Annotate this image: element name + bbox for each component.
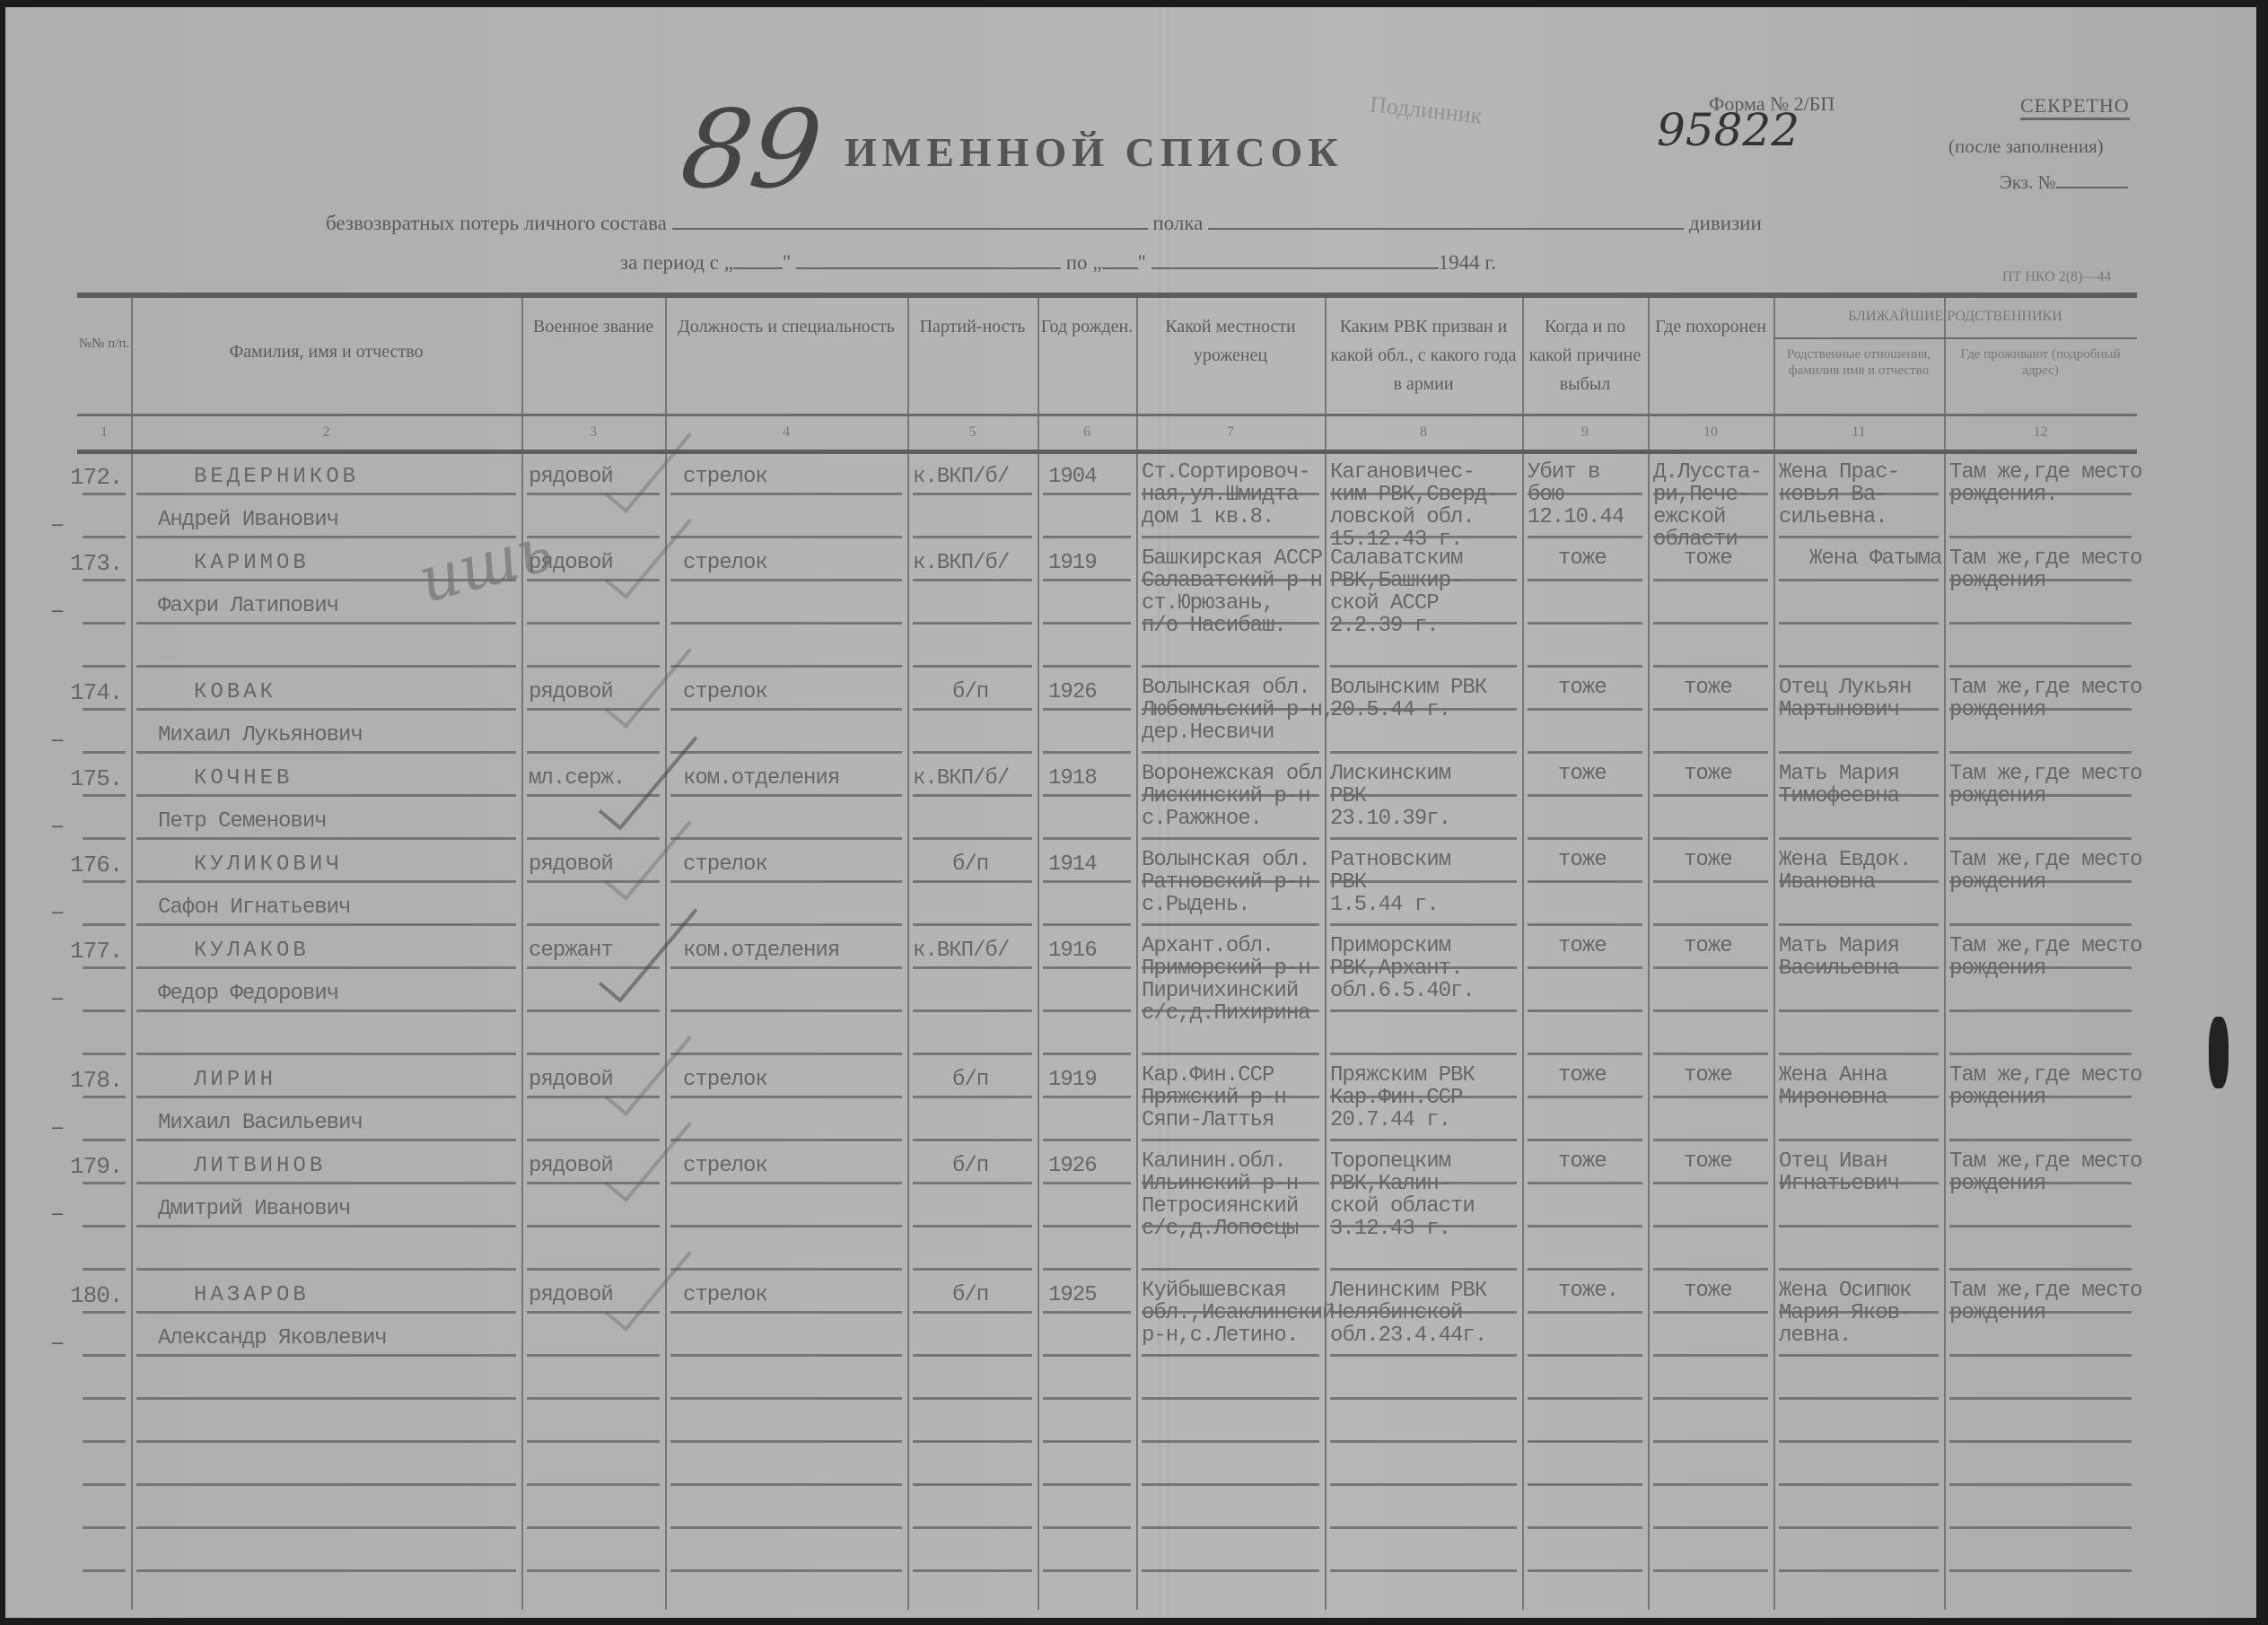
- ruled-line: [83, 1225, 126, 1227]
- when-why-left-line: тоже: [1558, 678, 1607, 698]
- ink-blot: [2209, 1017, 2229, 1088]
- ruled-line: [1043, 1354, 1131, 1357]
- position: стрелок: [683, 1157, 767, 1176]
- conscription-office-line: 23.10.39г.: [1330, 809, 1450, 829]
- relative-address-line: Там же,где место: [1949, 764, 2141, 784]
- birthplace-line: Ратновский р-н: [1142, 873, 1310, 893]
- ruled-line: [1779, 837, 1939, 840]
- copy-number-label: Экз. №: [2000, 171, 2056, 193]
- relative-line: Мироновна: [1779, 1088, 1887, 1108]
- ruled-line: [1330, 665, 1517, 668]
- ruled-line: [913, 751, 1032, 754]
- relative-address-line: рождения: [1949, 701, 2045, 721]
- conscription-office-line: обл.23.4.44г.: [1330, 1326, 1486, 1346]
- ruled-line: [1528, 622, 1642, 625]
- ruled-line: [913, 1053, 1032, 1055]
- ruled-line: [83, 1139, 126, 1141]
- ruled-line: [1653, 794, 1768, 797]
- conscription-office-line: Кар.Фин.ССР: [1330, 1088, 1462, 1108]
- ruled-line: [527, 1225, 660, 1227]
- given-name-patronymic: Михаил Лукьянович: [158, 726, 363, 746]
- relative-line: Отец Лукьян: [1779, 678, 1911, 698]
- column-header-9: Когда и по какой причине выбыл: [1522, 312, 1648, 398]
- margin-tick: ‒: [52, 1115, 63, 1139]
- ruled-line: [913, 579, 1032, 581]
- conscription-office-line: РВК: [1330, 787, 1366, 807]
- ruled-line: [670, 622, 902, 625]
- birthplace-line: Любомльский р-н,: [1142, 701, 1334, 721]
- ruled-line: [83, 708, 126, 711]
- ruled-line: [1142, 837, 1319, 840]
- ruled-line: [1043, 1526, 1131, 1529]
- relative-line: Мать Мария: [1779, 937, 1899, 957]
- print-code: ПТ НКО 2(8)—44: [2002, 269, 2111, 285]
- ruled-line: [1528, 1182, 1642, 1184]
- ruled-line: [913, 1569, 1032, 1572]
- document-page: 89 ИМЕННОЙ СПИСОК Подлинник Форма № 2/БП…: [5, 7, 2256, 1618]
- column-header-10: Где похоронен: [1648, 312, 1773, 341]
- ruled-line: [1043, 1053, 1131, 1055]
- relative-line: Мартынович: [1779, 701, 1899, 721]
- column-number-6: 6: [1038, 424, 1136, 441]
- birthplace-line: обл.,Исаклинский: [1142, 1304, 1334, 1324]
- ruled-line: [1653, 1268, 1768, 1271]
- ruled-line: [1043, 1397, 1131, 1400]
- party-membership: к.ВКП/б/: [913, 467, 1009, 487]
- birthplace-line: Волынская обл.: [1142, 851, 1310, 870]
- period-prefix: за период с „: [620, 251, 733, 274]
- ruled-line: [1653, 622, 1768, 625]
- birthplace-line: Сяпи-Латтья: [1142, 1111, 1274, 1131]
- ruled-line: [1043, 1569, 1131, 1572]
- ruled-line: [136, 536, 516, 538]
- ruled-line: [83, 579, 126, 581]
- ruled-line: [83, 665, 126, 668]
- relative-line: Ивановна: [1779, 873, 1875, 893]
- ruled-line: [670, 493, 902, 495]
- birthplace-line: с/с,д.Пихирина: [1142, 1004, 1310, 1024]
- ruled-line: [1949, 1053, 2132, 1055]
- ruled-line: [670, 1397, 902, 1400]
- ruled-line: [1043, 751, 1131, 754]
- row-number: 179.: [70, 1157, 122, 1176]
- relative-line: сильевна.: [1779, 508, 1887, 528]
- birth-year: 1919: [1048, 554, 1097, 573]
- relative-address-line: Там же,где место: [1949, 1281, 2141, 1301]
- column-divider: [1944, 298, 1946, 1610]
- ruled-line: [1142, 1053, 1319, 1055]
- ruled-line: [1142, 1483, 1319, 1486]
- birthplace-line: Приморский р-н: [1142, 959, 1310, 979]
- ruled-line: [1653, 1225, 1768, 1227]
- ruled-line: [83, 751, 126, 754]
- ruled-line: [136, 1397, 516, 1400]
- ruled-line: [1653, 708, 1768, 711]
- relative-address-line: рождения: [1949, 959, 2045, 979]
- birthplace-line: Салаватский р-н: [1142, 572, 1322, 591]
- relative-line: Жена Анна: [1779, 1066, 1887, 1086]
- conscription-office-line: Челябинской: [1330, 1304, 1462, 1324]
- ruled-line: [1330, 1440, 1517, 1443]
- birthplace-line: Петросиянский: [1142, 1197, 1298, 1217]
- party-membership: к.ВКП/б/: [913, 769, 1009, 789]
- column-number-rule: [77, 450, 2137, 454]
- given-name-patronymic: Андрей Иванович: [158, 511, 338, 530]
- ruled-line: [527, 1397, 660, 1400]
- relative-address-line: рождения: [1949, 787, 2045, 807]
- ruled-line: [670, 536, 902, 538]
- when-why-left-line: тоже: [1558, 1066, 1607, 1086]
- ruled-line: [670, 837, 902, 840]
- ruled-line: [670, 1009, 902, 1012]
- ruled-line: [1779, 1569, 1939, 1572]
- period-line: за период с „" по „" 1944 г.: [620, 251, 1496, 275]
- ruled-line: [136, 1311, 516, 1314]
- ruled-line: [1949, 1483, 2132, 1486]
- when-why-left-line: тоже: [1558, 549, 1607, 569]
- ruled-line: [1779, 579, 1939, 581]
- relative-address-line: рождения: [1949, 1088, 2045, 1108]
- row-number: 173.: [70, 554, 122, 573]
- margin-tick: ‒: [52, 900, 63, 923]
- conscription-office-line: Пряжским РВК: [1330, 1066, 1475, 1086]
- row-number: 175.: [70, 769, 122, 789]
- birth-year: 1925: [1048, 1286, 1097, 1306]
- conscription-office-line: РВК,Башкир-: [1330, 572, 1462, 591]
- ruled-line: [1949, 1569, 2132, 1572]
- birthplace-line: п/о Насибаш.: [1142, 616, 1286, 636]
- birthplace-line: Куйбышевская: [1142, 1281, 1286, 1301]
- birthplace-line: Архант.обл.: [1142, 937, 1274, 957]
- birthplace-line: с.Рыдень.: [1142, 895, 1250, 915]
- ruled-line: [136, 579, 516, 581]
- relatives-group-rule: [1773, 337, 2137, 339]
- ruled-line: [1949, 665, 2132, 668]
- ruled-line: [1949, 1397, 2132, 1400]
- party-membership: б/п: [952, 1157, 988, 1176]
- ruled-line: [1142, 923, 1319, 926]
- ruled-line: [913, 1139, 1032, 1141]
- burial-place-line: тоже: [1684, 1281, 1732, 1301]
- birthplace-line: Пряжский р-н: [1142, 1088, 1286, 1108]
- column-header-8: Каким РВК призван и какой обл., с какого…: [1325, 312, 1522, 398]
- margin-tick: ‒: [52, 728, 63, 751]
- military-rank: рядовой: [529, 1286, 613, 1306]
- relative-line: левна.: [1779, 1326, 1851, 1346]
- party-membership: к.ВКП/б/: [913, 554, 1009, 573]
- ruled-line: [1779, 1483, 1939, 1486]
- ruled-line: [1142, 1569, 1319, 1572]
- row-number: 174.: [70, 683, 122, 703]
- burial-place-line: ри,Пече-: [1653, 485, 1749, 505]
- given-name-patronymic: Фахри Латипович: [158, 597, 338, 616]
- ruled-line: [670, 1225, 902, 1227]
- ruled-line: [83, 1397, 126, 1400]
- ruled-line: [913, 1009, 1032, 1012]
- ruled-line: [1043, 1483, 1131, 1486]
- ruled-line: [1779, 923, 1939, 926]
- margin-tick: ‒: [52, 598, 63, 622]
- relative-line: Тимофеевна: [1779, 787, 1899, 807]
- relative-line: Мария Яков-: [1779, 1304, 1911, 1324]
- ruled-line: [670, 1440, 902, 1443]
- birthplace-line: Калинин.обл.: [1142, 1152, 1286, 1172]
- birthplace-line: Воронежская обл: [1142, 764, 1322, 784]
- ruled-line: [136, 1483, 516, 1486]
- ruled-line: [913, 708, 1032, 711]
- ruled-line: [136, 1096, 516, 1098]
- conscription-office-line: Салаватским: [1330, 549, 1462, 569]
- sheet-number-handwritten: 89: [674, 88, 828, 213]
- ruled-line: [83, 966, 126, 969]
- ruled-line: [83, 1483, 126, 1486]
- column-divider: [1522, 298, 1524, 1610]
- ruled-line: [1949, 536, 2132, 538]
- column-header-6: Год рожден.: [1038, 312, 1136, 341]
- burial-place-line: ежской: [1653, 508, 1725, 528]
- classification-note: (после заполнения): [1948, 135, 2104, 158]
- ruled-line: [1528, 1311, 1642, 1314]
- conscription-office-line: ким РВК,Сверд-: [1330, 485, 1499, 505]
- position: ком.отделения: [683, 941, 839, 961]
- column-header-11: Родственные отношения, фамилия имя и отч…: [1773, 346, 1944, 379]
- ruled-line: [1653, 751, 1768, 754]
- ruled-line: [1142, 1354, 1319, 1357]
- ruled-line: [83, 794, 126, 797]
- ruled-line: [1043, 1182, 1131, 1184]
- ruled-line: [1528, 1225, 1642, 1227]
- ruled-line: [670, 1311, 902, 1314]
- ruled-line: [1043, 880, 1131, 883]
- ruled-line: [1330, 837, 1517, 840]
- ruled-line: [1043, 923, 1131, 926]
- when-why-left-line: 12.10.44: [1528, 508, 1624, 528]
- ruled-line: [136, 493, 516, 495]
- regiment-field: [1208, 228, 1684, 230]
- ruled-line: [1779, 665, 1939, 668]
- ruled-line: [1142, 665, 1319, 668]
- birthplace-line: ная,ул.Шмидта: [1142, 485, 1298, 505]
- ruled-line: [1779, 622, 1939, 625]
- ruled-line: [1528, 880, 1642, 883]
- regiment-label: полка: [1152, 212, 1203, 234]
- ruled-line: [1330, 923, 1517, 926]
- ruled-line: [136, 1526, 516, 1529]
- conscription-office-line: 3.12.43 г.: [1330, 1219, 1450, 1239]
- burial-place-line: тоже: [1684, 851, 1732, 870]
- ruled-line: [1949, 1440, 2132, 1443]
- division-label: дивизии: [1689, 212, 1762, 234]
- ruled-line: [1528, 579, 1642, 581]
- margin-tick: ‒: [52, 1331, 63, 1354]
- column-number-8: 8: [1325, 424, 1522, 441]
- ruled-line: [913, 493, 1032, 495]
- position: стрелок: [683, 554, 767, 573]
- column-number-3: 3: [521, 424, 665, 441]
- birthplace-line: ст.Юрюзань,: [1142, 594, 1274, 614]
- ruled-line: [1949, 1354, 2132, 1357]
- ruled-line: [1528, 794, 1642, 797]
- ruled-line: [1330, 1569, 1517, 1572]
- ruled-line: [670, 1354, 902, 1357]
- ruled-line: [1779, 1139, 1939, 1141]
- column-header-3: Военное звание: [521, 312, 665, 341]
- ruled-line: [913, 1440, 1032, 1443]
- column-divider: [521, 298, 523, 1610]
- when-why-left-line: тоже: [1558, 1152, 1607, 1172]
- margin-tick: ‒: [52, 814, 63, 837]
- ruled-line: [527, 1354, 660, 1357]
- subtitle-prefix: безвозвратных потерь личного состава: [326, 212, 667, 234]
- ruled-line: [1043, 1268, 1131, 1271]
- ruled-line: [1779, 1225, 1939, 1227]
- ruled-line: [1653, 1397, 1768, 1400]
- ruled-line: [83, 536, 126, 538]
- birth-year: 1904: [1048, 467, 1097, 487]
- column-header-2: Фамилия, имя и отчество: [131, 337, 521, 366]
- conscription-office-line: Ратновским: [1330, 851, 1450, 870]
- column-divider: [1648, 298, 1650, 1610]
- period-to: по „: [1066, 251, 1102, 274]
- ruled-line: [1528, 1354, 1642, 1357]
- ruled-line: [136, 1182, 516, 1184]
- ruled-line: [1528, 536, 1642, 538]
- conscription-office-line: РВК,Архант.: [1330, 959, 1462, 979]
- column-header-1: №№ п/п.: [77, 333, 131, 354]
- ruled-line: [136, 1139, 516, 1141]
- surname: НАЗАРОВ: [194, 1286, 310, 1306]
- ruled-line: [1330, 1483, 1517, 1486]
- position: ком.отделения: [683, 769, 839, 789]
- when-why-left-line: Убит в: [1528, 463, 1599, 483]
- ruled-line: [527, 622, 660, 625]
- party-membership: б/п: [952, 855, 988, 875]
- ruled-line: [1043, 579, 1131, 581]
- burial-place-line: тоже: [1684, 549, 1732, 569]
- ruled-line: [913, 1225, 1032, 1227]
- ruled-line: [1330, 1139, 1517, 1141]
- ruled-line: [1653, 1009, 1768, 1012]
- faded-stamp: Подлинник: [1369, 92, 1484, 130]
- ruled-line: [136, 665, 516, 668]
- ruled-line: [913, 923, 1032, 926]
- ruled-line: [1043, 1440, 1131, 1443]
- ruled-line: [1653, 579, 1768, 581]
- ruled-line: [1949, 1526, 2132, 1529]
- ruled-line: [1043, 493, 1131, 495]
- ruled-line: [1528, 708, 1642, 711]
- ruled-line: [1043, 536, 1131, 538]
- ruled-line: [83, 1440, 126, 1443]
- column-header-12: Где проживают (подробный адрес): [1944, 346, 2137, 379]
- ruled-line: [83, 1053, 126, 1055]
- conscription-office-line: Лискинским: [1330, 764, 1450, 784]
- given-name-patronymic: Дмитрий Иванович: [158, 1200, 350, 1219]
- period-year: 1944 г.: [1439, 251, 1496, 274]
- ruled-line: [1653, 1526, 1768, 1529]
- ruled-line: [670, 751, 902, 754]
- ruled-line: [913, 1268, 1032, 1271]
- ruled-line: [1779, 1440, 1939, 1443]
- ruled-line: [136, 751, 516, 754]
- ruled-line: [913, 665, 1032, 668]
- margin-tick: ‒: [52, 1201, 63, 1225]
- party-membership: б/п: [952, 683, 988, 703]
- column-divider: [1038, 298, 1039, 1610]
- ruled-line: [1949, 837, 2132, 840]
- ruled-line: [1043, 1225, 1131, 1227]
- pencil-check-mark: [604, 502, 692, 599]
- given-name-patronymic: Петр Семенович: [158, 812, 327, 832]
- ruled-line: [136, 622, 516, 625]
- military-rank: рядовой: [529, 467, 613, 487]
- ruled-line: [1142, 751, 1319, 754]
- military-rank: рядовой: [529, 855, 613, 875]
- conscription-office-line: 1.5.44 г.: [1330, 895, 1439, 915]
- ruled-line: [136, 1569, 516, 1572]
- pencil-check-mark: [604, 632, 692, 729]
- surname: ЛИРИН: [194, 1070, 276, 1090]
- ruled-line: [1528, 837, 1642, 840]
- ruled-line: [136, 880, 516, 883]
- column-divider: [131, 298, 133, 1610]
- ruled-line: [527, 1440, 660, 1443]
- row-number: 180.: [70, 1286, 122, 1306]
- ruled-line: [83, 837, 126, 840]
- ruled-line: [136, 923, 516, 926]
- birth-year: 1926: [1048, 683, 1097, 703]
- conscription-office-line: ской АССР: [1330, 594, 1439, 614]
- ruled-line: [1142, 1526, 1319, 1529]
- relative-address-line: Там же,где место: [1949, 678, 2141, 698]
- conscription-office-line: 2.2.39 г.: [1330, 616, 1439, 636]
- birthplace-line: Лискинский р-н: [1142, 787, 1310, 807]
- ruled-line: [1779, 1354, 1939, 1357]
- ruled-line: [913, 1311, 1032, 1314]
- relative-address-line: Там же,где место: [1949, 463, 2141, 483]
- birth-year: 1919: [1048, 1070, 1097, 1090]
- burial-place-line: Д.Лусста-: [1653, 463, 1762, 483]
- ruled-line: [1528, 1053, 1642, 1055]
- unit-field: [672, 228, 1148, 230]
- column-number-10: 10: [1648, 424, 1773, 441]
- relative-address-line: Там же,где место: [1949, 937, 2141, 957]
- surname: ЛИТВИНОВ: [194, 1157, 326, 1176]
- ruled-line: [1043, 1311, 1131, 1314]
- relative-address-line: Там же,где место: [1949, 851, 2141, 870]
- ruled-line: [136, 1354, 516, 1357]
- military-rank: рядовой: [529, 554, 613, 573]
- conscription-office-line: 20.7.44 г.: [1330, 1111, 1450, 1131]
- column-header-7: Какой местности уроженец: [1136, 312, 1325, 370]
- ruled-line: [670, 1526, 902, 1529]
- ruled-line: [1528, 1526, 1642, 1529]
- conscription-office-line: Волынским РВК: [1330, 678, 1486, 698]
- birthplace-line: Пиричихинский: [1142, 982, 1298, 1001]
- ruled-line: [1528, 1483, 1642, 1486]
- ruled-line: [1142, 536, 1319, 538]
- ruled-line: [913, 1483, 1032, 1486]
- relative-line: Жена Фатыма: [1809, 549, 1941, 569]
- ruled-line: [1653, 1182, 1768, 1184]
- birthplace-line: Ильинский р-н: [1142, 1175, 1298, 1194]
- pencil-check-mark: [604, 1019, 692, 1116]
- ruled-line: [913, 1354, 1032, 1357]
- ruled-line: [1653, 837, 1768, 840]
- conscription-office-line: ской области: [1330, 1197, 1475, 1217]
- column-number-4: 4: [665, 424, 907, 441]
- given-name-patronymic: Федор Федорович: [158, 984, 338, 1004]
